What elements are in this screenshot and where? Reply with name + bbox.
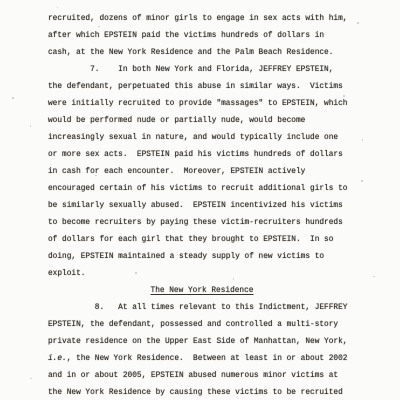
scan-speckle [98, 26, 100, 27]
document-text: recruited, dozens of minor girls to enga… [48, 11, 356, 400]
document-line: exploit. [48, 266, 356, 283]
scan-speckle [343, 95, 345, 97]
scan-speckle [135, 272, 137, 274]
document-line: recruited, dozens of minor girls to enga… [48, 11, 356, 28]
document-line: or more sex acts. EPSTEIN paid his victi… [48, 147, 356, 164]
line-text: exploit. [48, 270, 85, 278]
document-line: and in or about 2005, EPSTEIN abused num… [48, 368, 356, 385]
line-text: The New York Residence [151, 287, 254, 295]
line-text: 8. At all times relevant to this Indictm… [48, 304, 347, 312]
document-line: i.e., the New York Residence. Between at… [48, 351, 356, 368]
document-line: be similarly sexually abused. EPSTEIN in… [48, 198, 356, 215]
scan-speckle [12, 97, 14, 99]
line-text: i.e. [48, 355, 67, 363]
document-line: would be performed nude or partially nud… [48, 113, 356, 130]
document-line: cash, at the New York Residence and the … [48, 45, 356, 62]
scan-speckle [30, 378, 32, 379]
scan-speckle [57, 7, 58, 8]
line-text: EPSTEIN, the defendant, possessed and co… [48, 321, 338, 329]
document-line: 8. At all times relevant to this Indictm… [48, 300, 356, 317]
line-text: increasingly sexual in nature, and would… [48, 134, 338, 142]
document-line: increasingly sexual in nature, and would… [48, 130, 356, 147]
scan-speckle [95, 175, 97, 176]
document-line: encouraged certain of his victims to rec… [48, 181, 356, 198]
line-text: or more sex acts. EPSTEIN paid his victi… [48, 151, 343, 159]
line-text: , the New York Residence. Between at lea… [67, 355, 348, 363]
scan-speckle [361, 180, 363, 182]
line-text: and in or about 2005, EPSTEIN abused num… [48, 372, 338, 380]
scan-speckle [233, 278, 234, 280]
line-text: the New York Residence by causing these … [48, 389, 343, 397]
document-line: EPSTEIN, the defendant, possessed and co… [48, 317, 356, 334]
document-line: the New York Residence by causing these … [48, 385, 356, 400]
document-line: to become recruiters by paying these vic… [48, 215, 356, 232]
scan-speckle [30, 125, 31, 127]
line-text: in cash for each encounter. Moreover, EP… [48, 168, 305, 176]
line-text: of dollars for each girl that they broug… [48, 236, 333, 244]
document-line: the defendant, perpetuated this abuse in… [48, 79, 356, 96]
document-line: of dollars for each girl that they broug… [48, 232, 356, 249]
document-line: were initially recruited to provide "mas… [48, 96, 356, 113]
line-text: be similarly sexually abused. EPSTEIN in… [48, 202, 343, 210]
line-text: encouraged certain of his victims to rec… [48, 185, 347, 193]
line-text: the defendant, perpetuated this abuse in… [48, 83, 343, 91]
line-text: to become recruiters by paying these vic… [48, 219, 343, 227]
scan-speckle [357, 22, 359, 24]
scanned-page: recruited, dozens of minor girls to enga… [0, 0, 400, 400]
line-text: would be performed nude or partially nud… [48, 117, 305, 125]
line-text: after which EPSTEIN paid the victims hun… [48, 32, 324, 40]
document-line: doing, EPSTEIN maintained a steady suppl… [48, 249, 356, 266]
line-text: private residence on the Upper East Side… [48, 338, 347, 346]
line-text: recruited, dozens of minor girls to enga… [48, 15, 347, 23]
section-heading: The New York Residence [48, 283, 356, 300]
scan-speckle [373, 276, 375, 277]
document-line: private residence on the Upper East Side… [48, 334, 356, 351]
document-line: in cash for each encounter. Moreover, EP… [48, 164, 356, 181]
line-text: 7. In both New York and Florida, JEFFREY… [48, 66, 333, 74]
document-line: after which EPSTEIN paid the victims hun… [48, 28, 356, 45]
scan-speckle [362, 139, 363, 141]
line-text: cash, at the New York Residence and the … [48, 49, 333, 57]
document-line: 7. In both New York and Florida, JEFFREY… [48, 62, 356, 79]
line-text: were initially recruited to provide "mas… [48, 100, 347, 108]
line-text: doing, EPSTEIN maintained a steady suppl… [48, 253, 324, 261]
